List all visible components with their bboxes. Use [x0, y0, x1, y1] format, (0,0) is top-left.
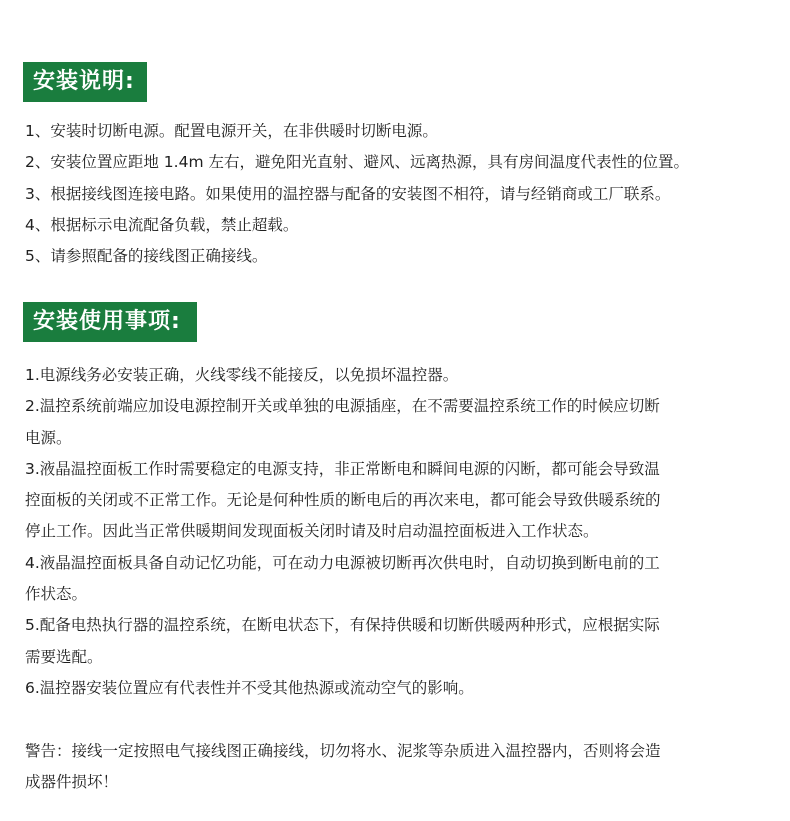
text-line: 4.液晶温控面板具备自动记忆功能，可在动力电源被切断再次供电时，自动切换到断电前…	[25, 548, 785, 579]
warning-line: 成器件损坏！	[25, 767, 785, 798]
list-item: 4、根据标示电流配备负载，禁止超载。	[25, 210, 785, 241]
install-instructions-list: 1、安装时切断电源。配置电源开关，在非供暖时切断电源。 2、安装位置应距地 1.…	[25, 116, 785, 272]
section-header-usage-notes: 安装使用事项:	[23, 302, 197, 342]
text-line: 6.温控器安装位置应有代表性并不受其他热源或流动空气的影响。	[25, 673, 785, 704]
text-line: 1.电源线务必安装正确，火线零线不能接反，以免损坏温控器。	[25, 360, 785, 391]
list-item: 2、安装位置应距地 1.4m 左右，避免阳光直射、避风、远离热源，具有房间温度代…	[25, 147, 785, 178]
usage-notes-list: 1.电源线务必安装正确，火线零线不能接反，以免损坏温控器。 2.温控系统前端应加…	[25, 360, 785, 704]
text-line: 5.配备电热执行器的温控系统，在断电状态下，有保持供暖和切断供暖两种形式，应根据…	[25, 610, 785, 641]
list-item: 1、安装时切断电源。配置电源开关，在非供暖时切断电源。	[25, 116, 785, 147]
text-line: 停止工作。因此当正常供暖期间发现面板关闭时请及时启动温控面板进入工作状态。	[25, 516, 785, 547]
list-item: 5、请参照配备的接线图正确接线。	[25, 241, 785, 272]
warning-text: 警告：接线一定按照电气接线图正确接线，切勿将水、泥浆等杂质进入温控器内，否则将会…	[25, 736, 785, 799]
list-item: 3、根据接线图连接电路。如果使用的温控器与配备的安装图不相符，请与经销商或工厂联…	[25, 179, 785, 210]
text-line: 2.温控系统前端应加设电源控制开关或单独的电源插座，在不需要温控系统工作的时候应…	[25, 391, 785, 422]
text-line: 需要选配。	[25, 642, 785, 673]
text-line: 3.液晶温控面板工作时需要稳定的电源支持，非正常断电和瞬间电源的闪断，都可能会导…	[25, 454, 785, 485]
text-line: 控面板的关闭或不正常工作。无论是何种性质的断电后的再次来电，都可能会导致供暖系统…	[25, 485, 785, 516]
text-line: 电源。	[25, 423, 785, 454]
section-header-install-instructions: 安装说明:	[23, 62, 147, 102]
text-line: 作状态。	[25, 579, 785, 610]
warning-line: 警告：接线一定按照电气接线图正确接线，切勿将水、泥浆等杂质进入温控器内，否则将会…	[25, 736, 785, 767]
